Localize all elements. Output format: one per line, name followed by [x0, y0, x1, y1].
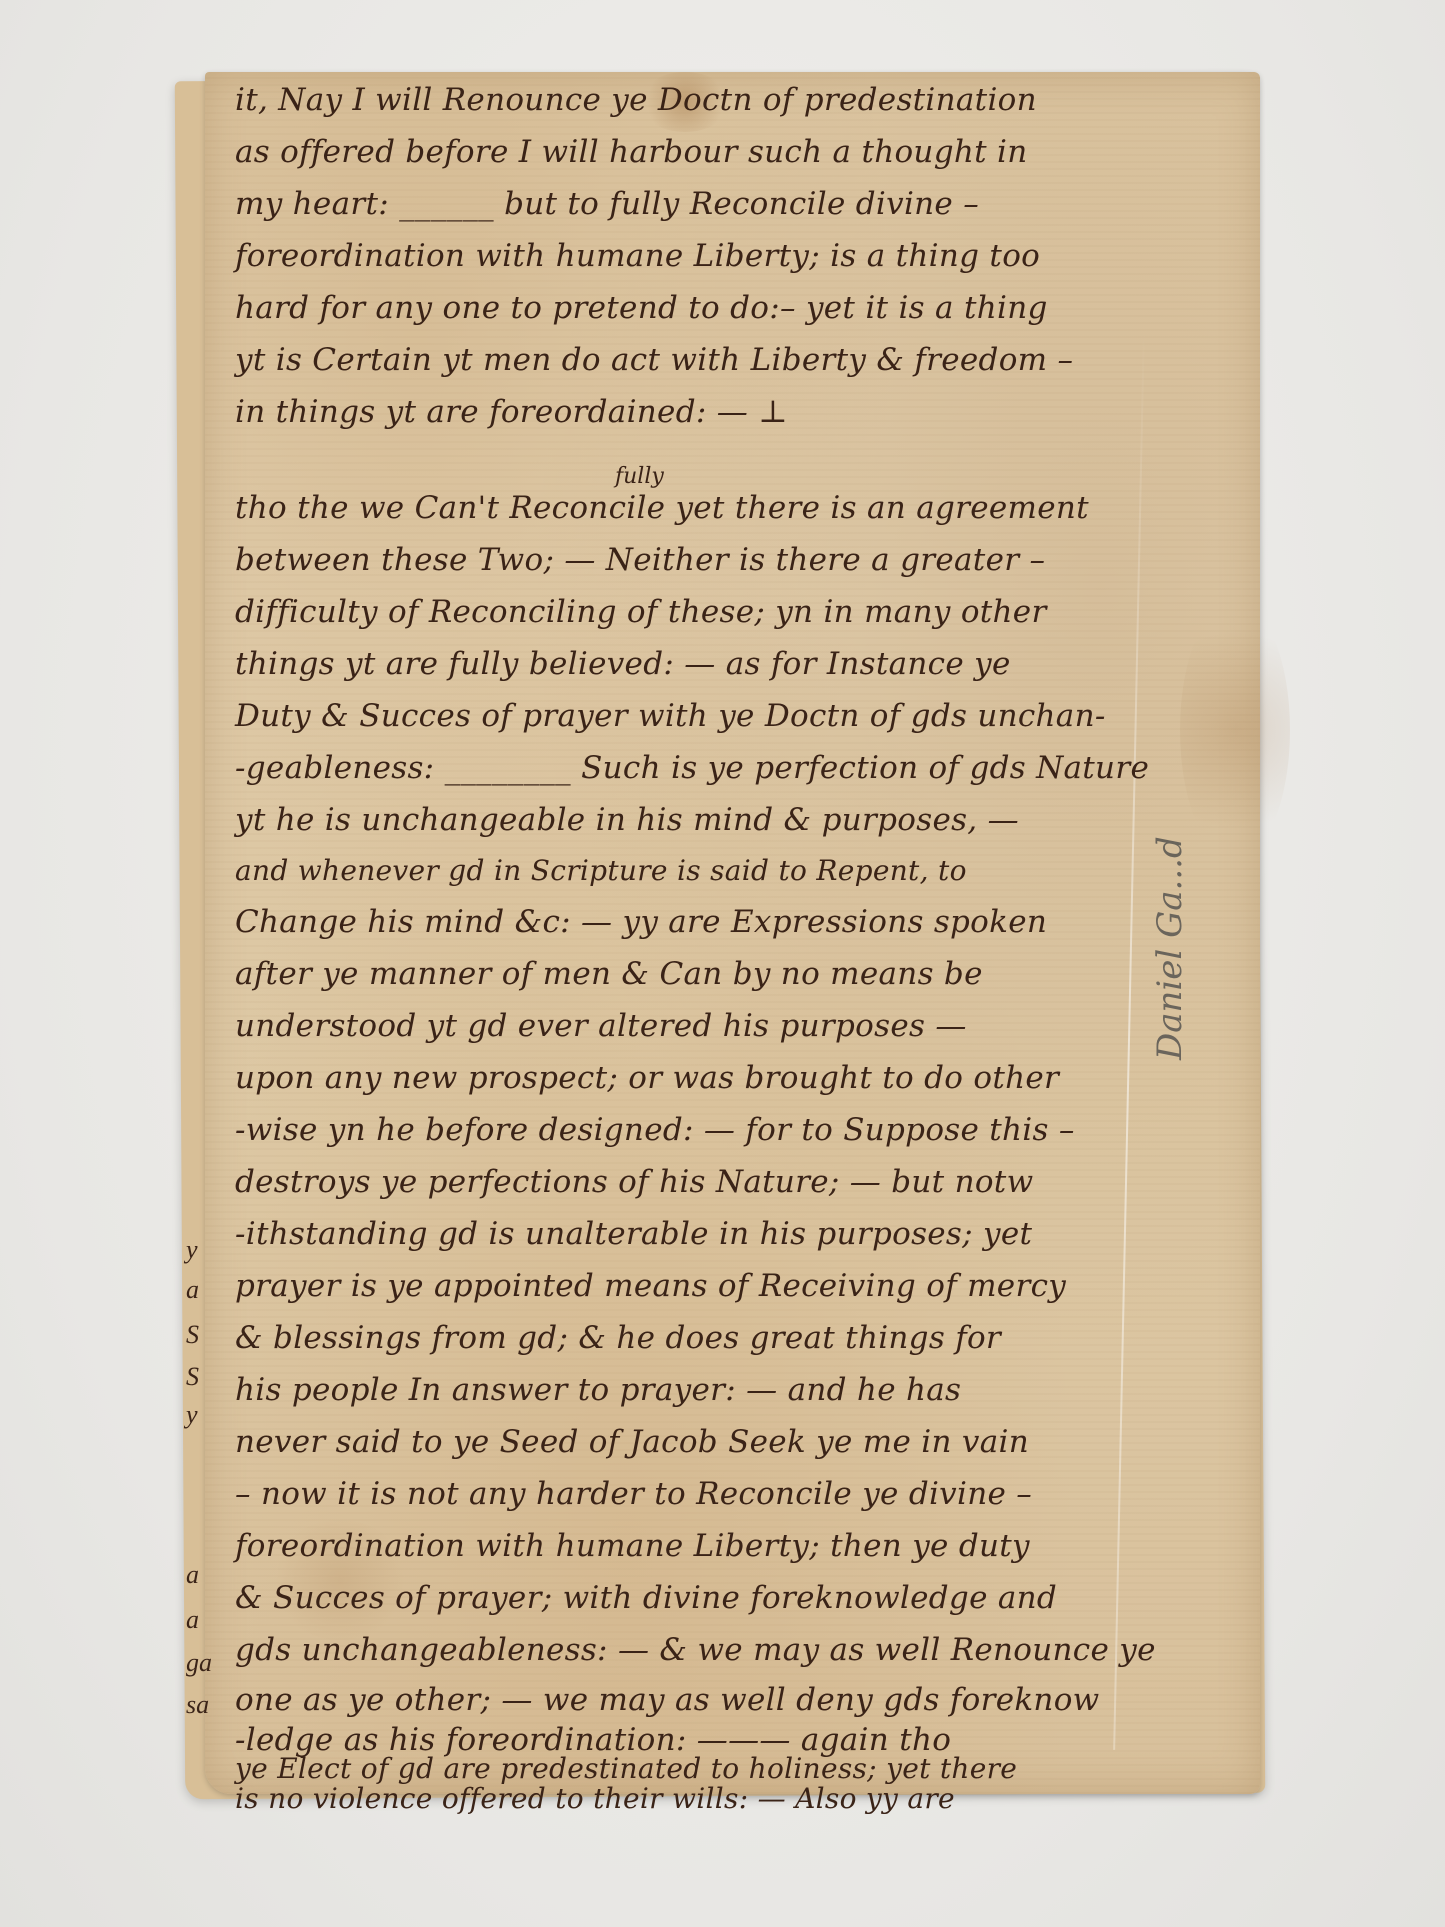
manuscript-line: difficulty of Reconciling of these; yn i… [235, 594, 1047, 630]
margin-fragment: S [186, 1362, 199, 1392]
manuscript-line: & blessings from gd; & he does great thi… [235, 1320, 1001, 1356]
manuscript-line: destroys ye perfections of his Nature; —… [235, 1164, 1033, 1200]
edge-stain [1180, 600, 1290, 860]
manuscript-line: things yt are fully believed: — as for I… [235, 646, 1011, 682]
margin-fragment: a [186, 1275, 199, 1305]
manuscript-line: never said to ye Seed of Jacob Seek ye m… [235, 1424, 1029, 1460]
manuscript-line: his people In answer to prayer: — and he… [235, 1372, 961, 1408]
margin-fragment: ga [186, 1648, 212, 1678]
manuscript-line: in things yt are foreordained: — ⊥ [235, 394, 788, 430]
margin-fragment: y [186, 1400, 198, 1430]
manuscript-line: -geableness: ________ Such is ye perfect… [235, 750, 1149, 786]
margin-fragment: y [186, 1235, 198, 1265]
margin-fragment: a [186, 1560, 199, 1590]
manuscript-line: yt is Certain yt men do act with Liberty… [235, 342, 1073, 378]
manuscript-line: foreordination with humane Liberty; then… [235, 1528, 1030, 1564]
manuscript-line: foreordination with humane Liberty; is a… [235, 238, 1040, 274]
manuscript-line: it, Nay I will Renounce ye Doctn of pred… [235, 82, 1037, 118]
manuscript-line: after ye manner of men & Can by no means… [235, 956, 983, 992]
manuscript-line: yt he is unchangeable in his mind & purp… [235, 802, 1019, 838]
manuscript-line: – now it is not any harder to Reconcile … [235, 1476, 1032, 1512]
manuscript-line: as offered before I will harbour such a … [235, 134, 1028, 170]
interlinear-insertion: fully [615, 464, 664, 489]
pencil-annotation: Daniel Ga...d [1150, 836, 1190, 1060]
margin-fragment: S [186, 1320, 199, 1350]
manuscript-line: -ithstanding gd is unalterable in his pu… [235, 1216, 1032, 1252]
manuscript-line: understood yt gd ever altered his purpos… [235, 1008, 967, 1044]
manuscript-line: and whenever gd in Scripture is said to … [235, 854, 967, 887]
manuscript-line: hard for any one to pretend to do:– yet … [235, 290, 1048, 326]
manuscript-line: gds unchangeableness: — & we may as well… [235, 1632, 1156, 1668]
manuscript-line: prayer is ye appointed means of Receivin… [235, 1268, 1066, 1304]
manuscript-line: upon any new prospect; or was brought to… [235, 1060, 1059, 1096]
margin-fragment: a [186, 1605, 199, 1635]
manuscript-line: ye Elect of gd are predestinated to holi… [235, 1752, 1017, 1785]
manuscript-line: Change his mind &c: — yy are Expressions… [235, 904, 1047, 940]
margin-fragment: sa [186, 1690, 209, 1720]
manuscript-line: tho the we Can't Reconcile yet there is … [235, 490, 1089, 526]
manuscript-line: between these Two; — Neither is there a … [235, 542, 1045, 578]
manuscript-line: Duty & Succes of prayer with ye Doctn of… [235, 698, 1106, 734]
manuscript-line: -wise yn he before designed: — for to Su… [235, 1112, 1075, 1148]
manuscript-line: my heart: ______ but to fully Reconcile … [235, 186, 979, 222]
manuscript-line: & Succes of prayer; with divine foreknow… [235, 1580, 1057, 1616]
manuscript-line: is no violence offered to their wills: —… [235, 1782, 955, 1815]
manuscript-line: one as ye other; — we may as well deny g… [235, 1682, 1100, 1718]
